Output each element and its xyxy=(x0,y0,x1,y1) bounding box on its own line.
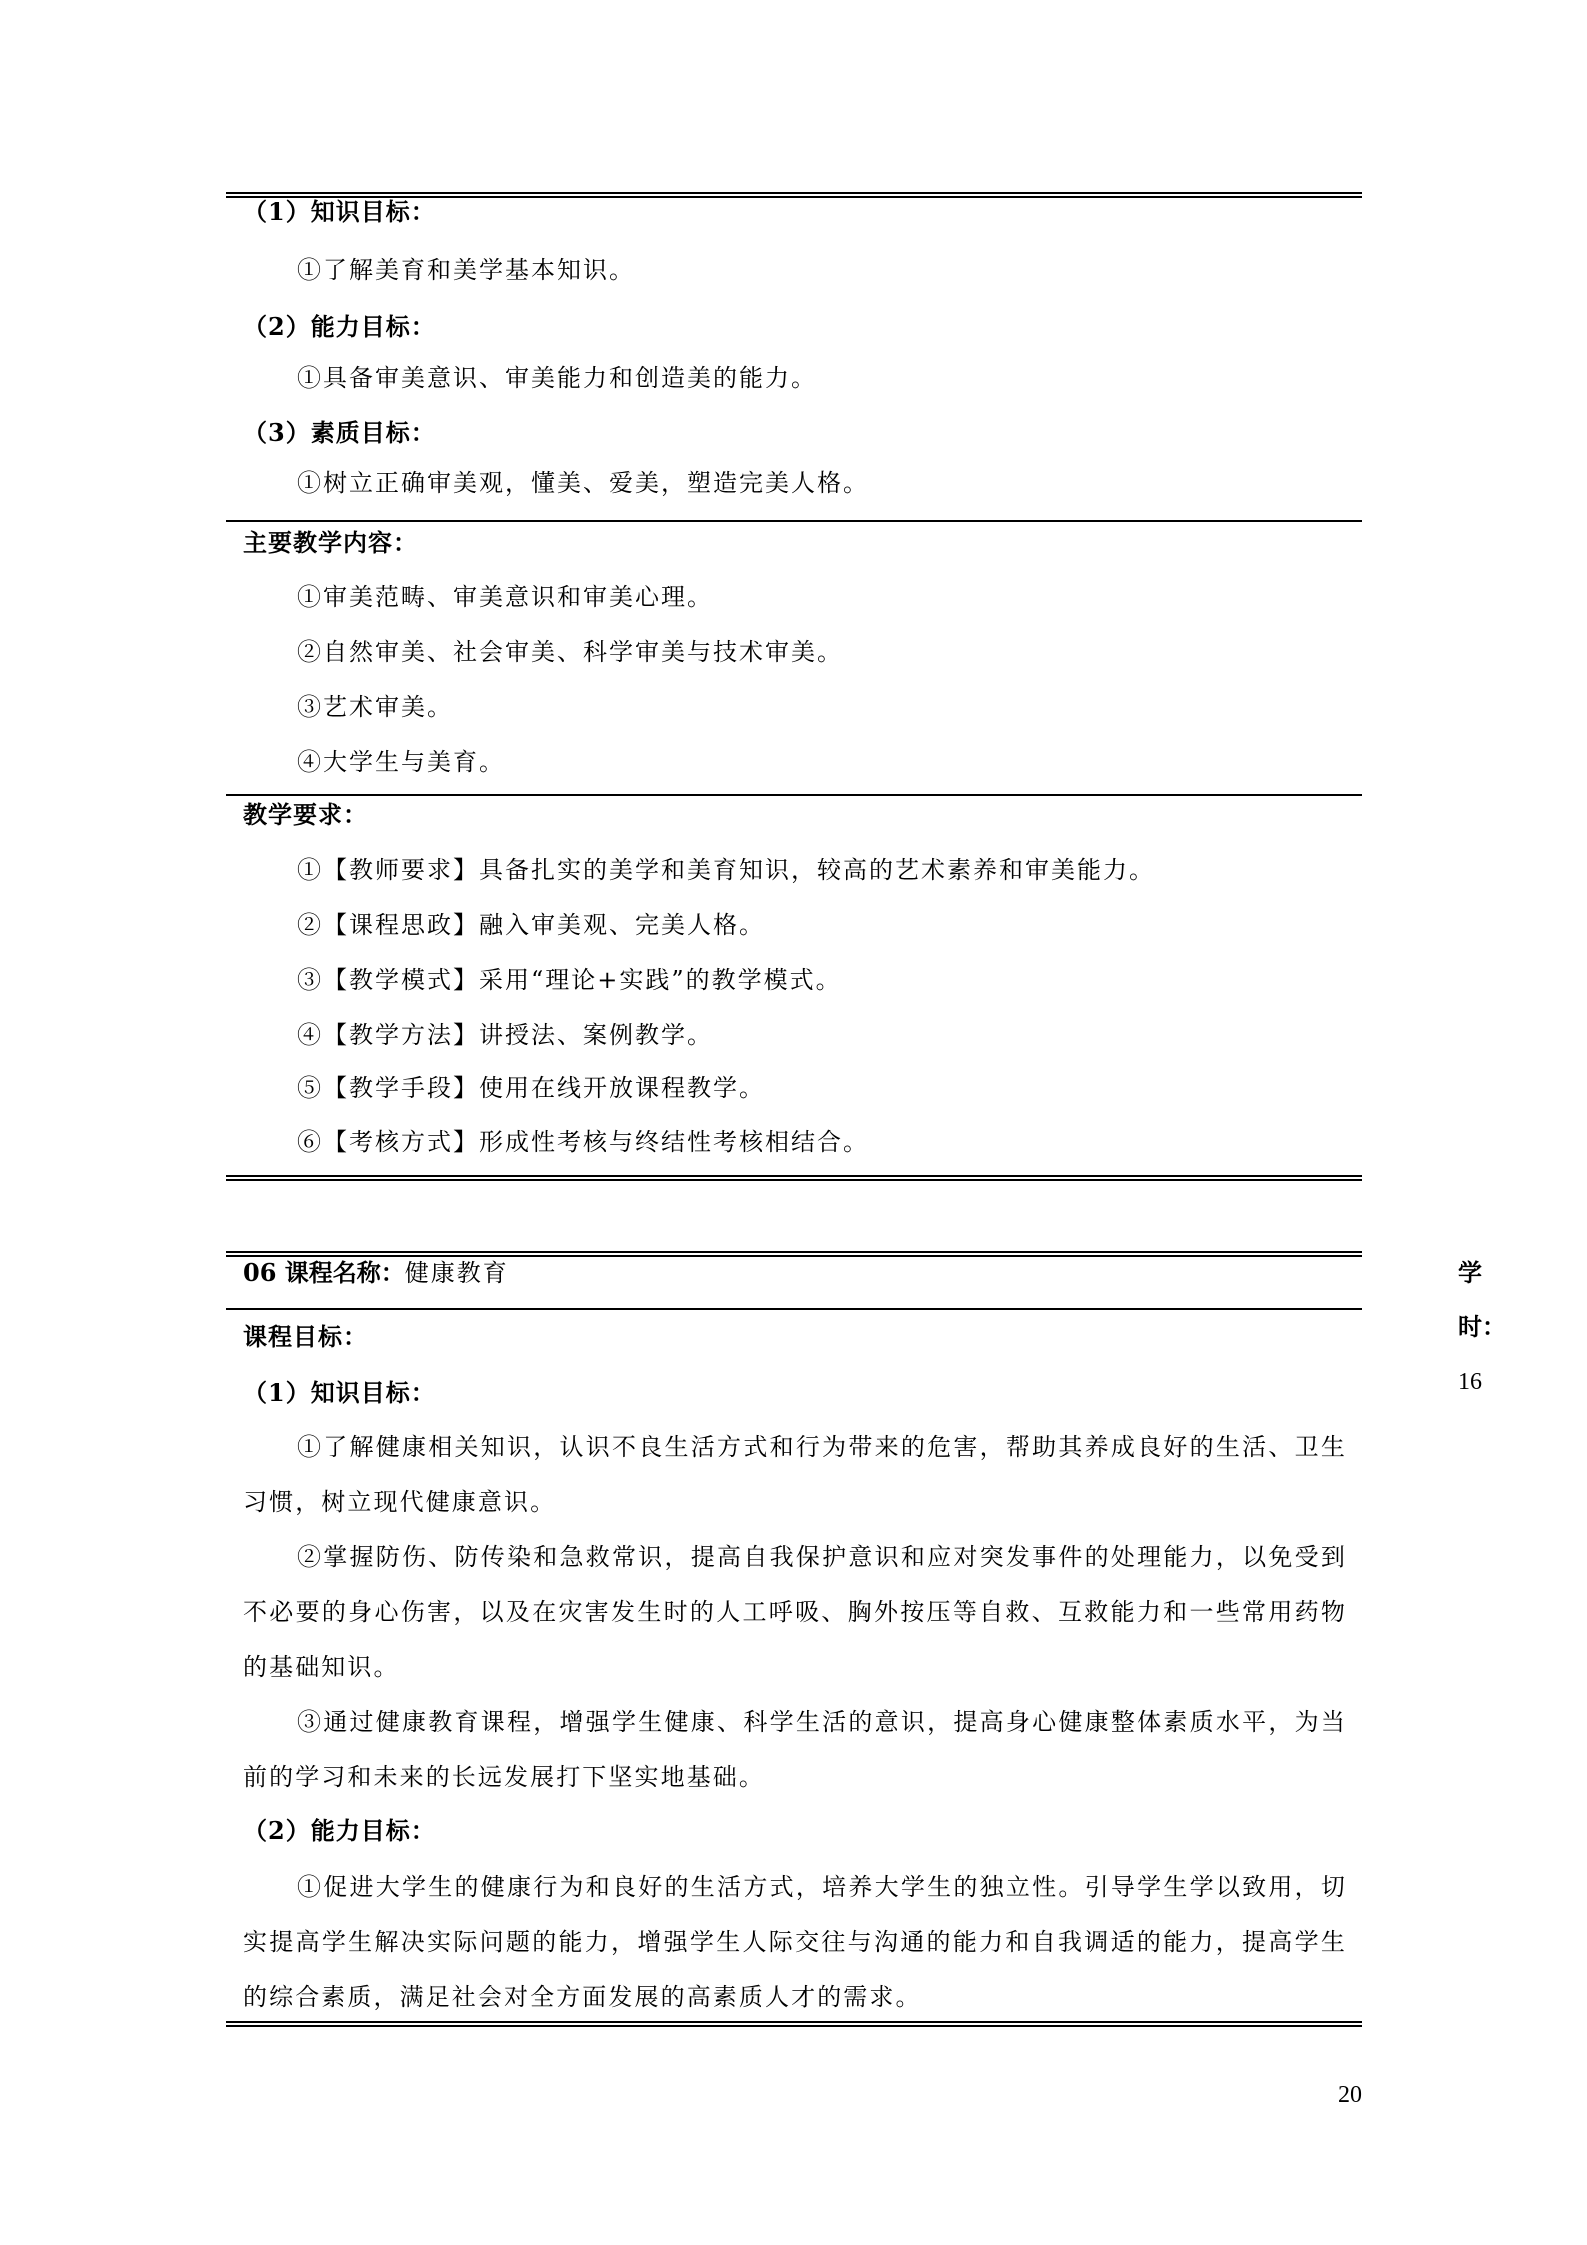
content-item: ③艺术审美。 xyxy=(297,680,1345,734)
requirement-item: ②【课程思政】融入审美观、完美人格。 xyxy=(297,898,1345,952)
content-item: ②自然审美、社会审美、科学审美与技术审美。 xyxy=(297,625,1345,679)
quality-goal-heading: （3）素质目标： xyxy=(243,406,1345,460)
main-content-heading: 主要教学内容： xyxy=(243,516,1345,570)
course-name-value: 健康教育 xyxy=(405,1259,509,1287)
requirement-item: ⑥【考核方式】形成性考核与终结性考核相结合。 xyxy=(297,1115,1345,1169)
block2-bottom-rule xyxy=(226,2021,1362,2027)
requirement-item: ⑤【教学手段】使用在线开放课程教学。 xyxy=(297,1061,1345,1115)
knowledge-goal-item: ①了解美育和美学基本知识。 xyxy=(297,243,1345,297)
ability-paragraph: ①促进大学生的健康行为和良好的生活方式，培养大学生的独立性。引导学生学以致用，切… xyxy=(243,1860,1347,2025)
ability-goal-heading: （2）能力目标： xyxy=(243,1804,1345,1858)
course-title-row: 06 课程名称：健康教育 学时：16 xyxy=(243,1246,1343,1300)
content-item: ①审美范畴、审美意识和审美心理。 xyxy=(297,570,1345,624)
course-goals-heading: 课程目标： xyxy=(243,1310,1345,1364)
ability-goal-heading: （2）能力目标： xyxy=(243,300,1345,354)
page-number: 20 xyxy=(1338,2082,1362,2109)
content-item: ④大学生与美育。 xyxy=(297,735,1345,789)
knowledge-paragraph: ②掌握防伤、防传染和急救常识，提高自我保护意识和应对突发事件的处理能力，以免受到… xyxy=(243,1530,1347,1695)
quality-goal-item: ①树立正确审美观，懂美、爱美，塑造完美人格。 xyxy=(297,456,1345,510)
teaching-requirements-heading: 教学要求： xyxy=(243,788,1345,842)
knowledge-goal-heading: （1）知识目标： xyxy=(243,1366,1345,1420)
ability-goal-item: ①具备审美意识、审美能力和创造美的能力。 xyxy=(297,351,1345,405)
course-name-label: 06 课程名称： xyxy=(243,1258,405,1287)
requirement-item: ④【教学方法】讲授法、案例教学。 xyxy=(297,1008,1345,1062)
hours-value: 16 xyxy=(1458,1369,1482,1395)
hours-label: 学时： xyxy=(1458,1258,1506,1341)
knowledge-paragraph: ①了解健康相关知识，认识不良生活方式和行为带来的危害，帮助其养成良好的生活、卫生… xyxy=(243,1420,1347,1530)
requirement-item: ③【教学模式】采用“理论+实践”的教学模式。 xyxy=(297,953,1345,1007)
block1-bottom-rule xyxy=(226,1175,1362,1181)
knowledge-paragraph: ③通过健康教育课程，增强学生健康、科学生活的意识，提高身心健康整体素质水平，为当… xyxy=(243,1695,1347,1805)
requirement-item: ①【教师要求】具备扎实的美学和美育知识，较高的艺术素养和审美能力。 xyxy=(297,843,1345,897)
course-hours: 学时：16 xyxy=(1458,1246,1506,1409)
knowledge-goal-heading: （1）知识目标： xyxy=(243,185,1345,239)
